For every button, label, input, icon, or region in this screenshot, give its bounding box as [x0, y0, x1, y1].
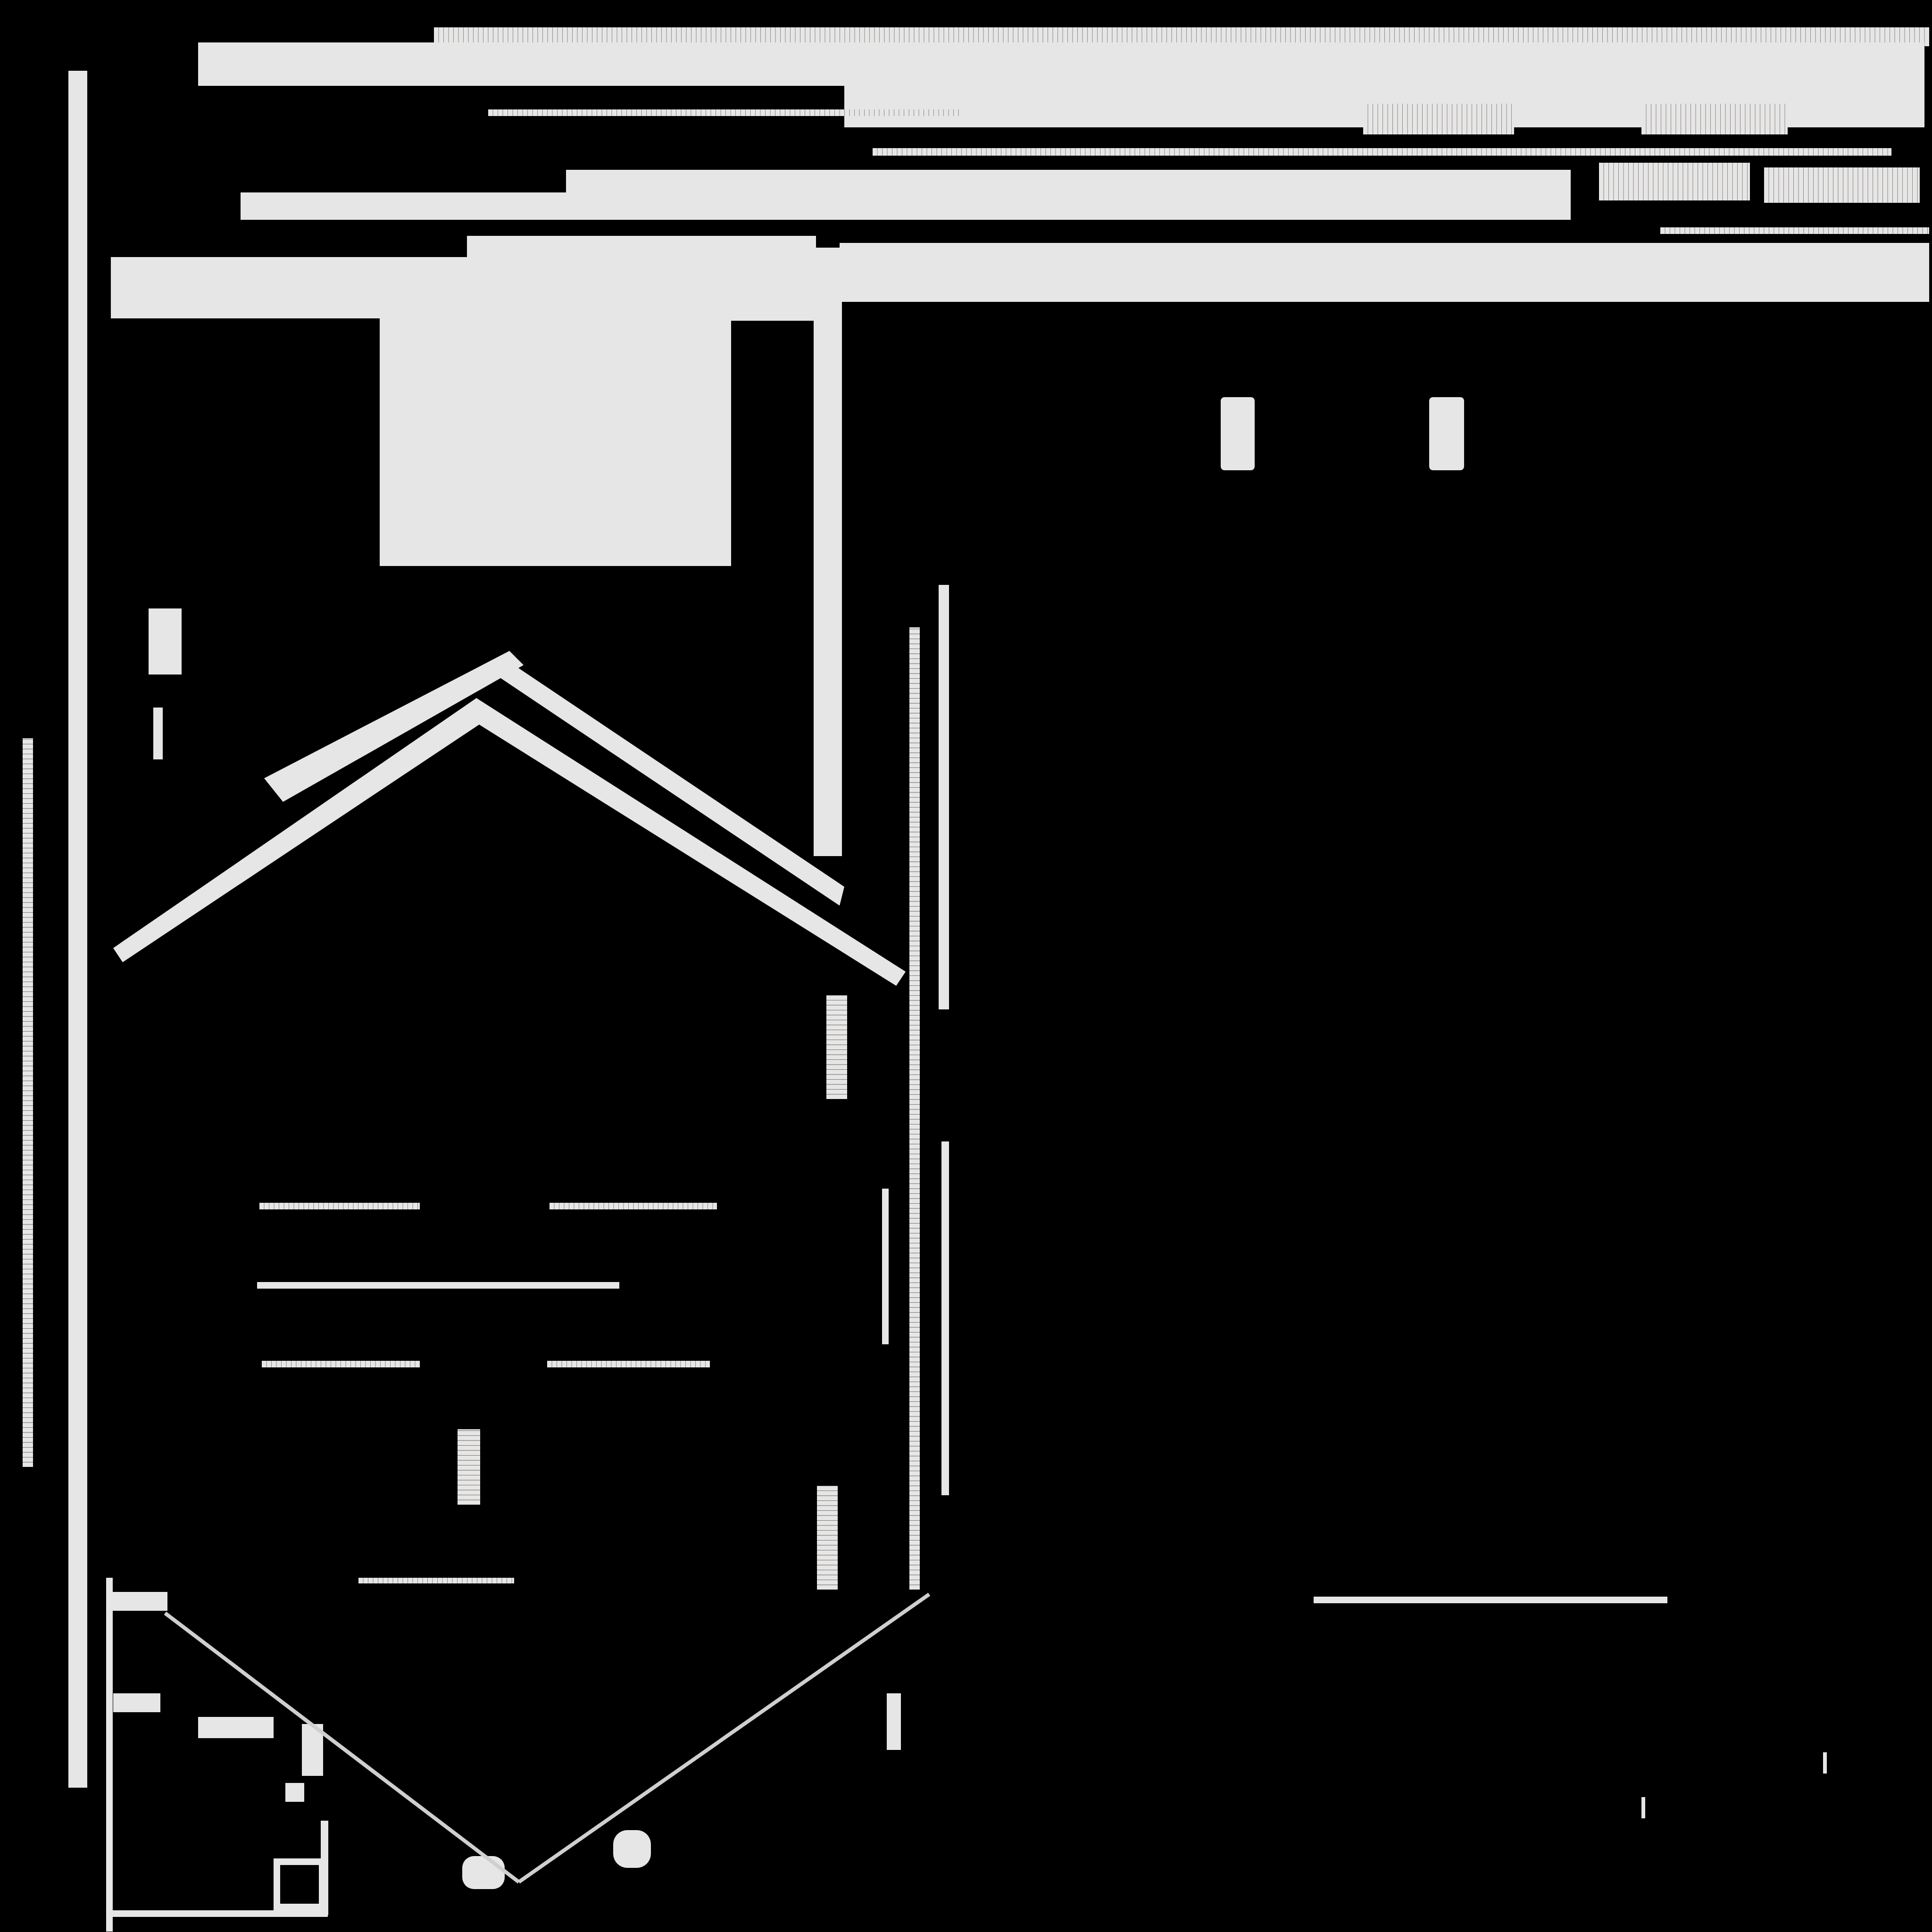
texture-atlas: Texture atlas mask [0, 0, 1932, 1932]
roof-diagonals [0, 0, 1932, 1932]
speck-1 [1823, 1752, 1827, 1774]
speck-2 [1641, 1797, 1645, 1818]
